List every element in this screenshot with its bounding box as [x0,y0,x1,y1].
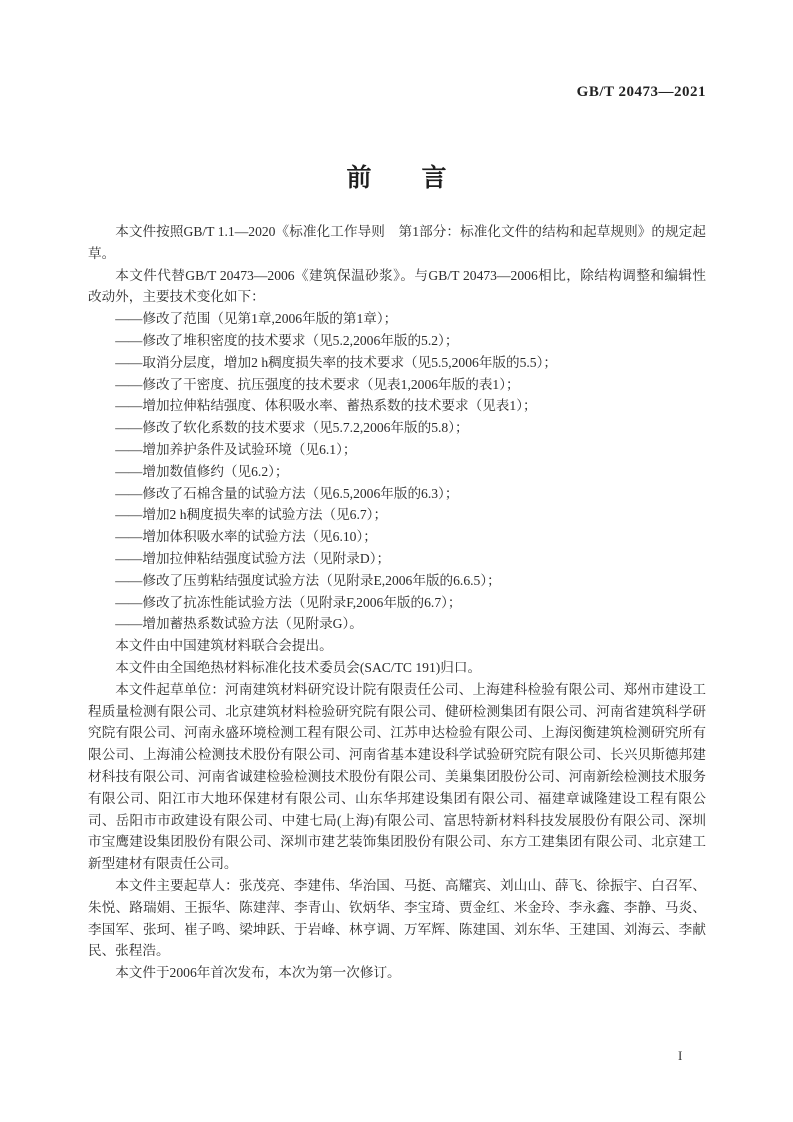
change-item: ——取消分层度，增加2 h稠度损失率的技术要求（见5.5,2006年版的5.5）… [88,352,706,374]
drafters-paragraph: 本文件主要起草人：张茂亮、李建伟、华治国、马挺、高耀宾、刘山山、薛飞、徐振宇、白… [88,875,706,962]
change-item: ——修改了软化系数的技术要求（见5.7.2,2006年版的5.8）； [88,417,706,439]
change-item: ——修改了干密度、抗压强度的技术要求（见表1,2006年版的表1）； [88,374,706,396]
intro-paragraph: 本文件按照GB/T 1.1—2020《标准化工作导则 第1部分：标准化文件的结构… [88,221,706,265]
document-page: GB/T 20473—2021 前 言 本文件按照GB/T 1.1—2020《标… [0,0,793,1122]
standard-code: GB/T 20473—2021 [577,84,706,101]
change-item: ——增加拉伸粘结强度试验方法（见附录D）； [88,548,706,570]
change-item: ——修改了压剪粘结强度试验方法（见附录E,2006年版的6.6.5）； [88,570,706,592]
change-item: ——增加体积吸水率的试验方法（见6.10）； [88,526,706,548]
foreword-body: 本文件按照GB/T 1.1—2020《标准化工作导则 第1部分：标准化文件的结构… [88,221,706,984]
revision-history-paragraph: 本文件于2006年首次发布，本次为第一次修订。 [88,962,706,984]
change-item: ——增加2 h稠度损失率的试验方法（见6.7）； [88,504,706,526]
intro-paragraph: 本文件代替GB/T 20473—2006《建筑保温砂浆》。与GB/T 20473… [88,265,706,309]
committee-paragraph: 本文件由全国绝热材料标准化技术委员会(SAC/TC 191)归口。 [88,657,706,679]
page-title: 前 言 [0,158,793,194]
change-item: ——增加蓄热系数试验方法（见附录G）。 [88,613,706,635]
proposed-by-paragraph: 本文件由中国建筑材料联合会提出。 [88,635,706,657]
change-item: ——增加养护条件及试验环境（见6.1）； [88,439,706,461]
change-item: ——增加数值修约（见6.2）； [88,461,706,483]
change-item: ——修改了范围（见第1章,2006年版的第1章）； [88,308,706,330]
change-item: ——修改了抗冻性能试验方法（见附录F,2006年版的6.7）； [88,592,706,614]
drafting-organizations-paragraph: 本文件起草单位：河南建筑材料研究设计院有限责任公司、上海建科检验有限公司、郑州市… [88,679,706,875]
page-number: I [678,1048,682,1064]
change-item: ——修改了堆积密度的技术要求（见5.2,2006年版的5.2）； [88,330,706,352]
change-item: ——增加拉伸粘结强度、体积吸水率、蓄热系数的技术要求（见表1）； [88,395,706,417]
change-item: ——修改了石棉含量的试验方法（见6.5,2006年版的6.3）； [88,483,706,505]
